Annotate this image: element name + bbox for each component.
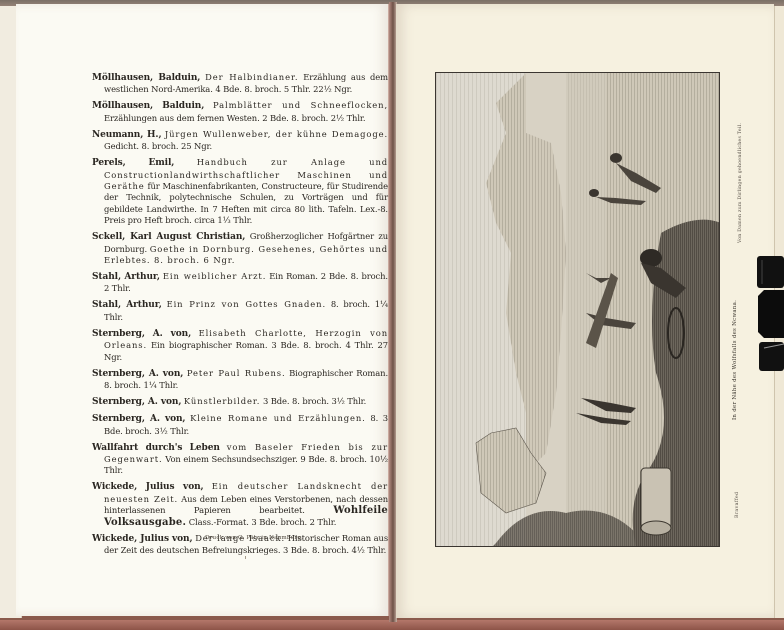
engraving-illustration	[435, 72, 720, 547]
catalog-entry: Stahl, Arthur, Ein weiblicher Arzt. Ein …	[92, 271, 388, 295]
catalog-entry: Sternberg, A. von, Peter Paul Rubens. Bi…	[92, 368, 388, 392]
entry-details-after: Class.-Format. 3 Bde. broch. 2 Thlr.	[189, 517, 337, 527]
illustration-artist: Bravaffed	[735, 492, 740, 518]
entry-author: Sternberg, A. von,	[92, 397, 181, 407]
entry-author: Möllhausen, Balduin,	[92, 101, 204, 111]
illustration-caption: In der Nähe des Wolfsfalls des Ncwana.	[732, 300, 738, 420]
entry-author: Möllhausen, Balduin,	[92, 73, 200, 83]
catalog-entry: Perels, Emil, Handbuch zur Anlage und Co…	[92, 157, 388, 226]
entry-details: Gedicht. 8. broch. 25 Ngr.	[104, 141, 212, 151]
catalog-entry: Möllhausen, Balduin, Der Halbindianer. E…	[92, 72, 388, 96]
entry-author: Perels, Emil,	[92, 158, 174, 168]
entry-title: Kleine Romane und Erzählungen.	[190, 413, 366, 423]
catalog-entry: Wickede, Julius von, Ein deutscher Lands…	[92, 481, 388, 528]
catalog-entry: Sternberg, A. von, Kleine Romane und Erz…	[92, 413, 388, 437]
entry-author: Stahl, Arthur,	[92, 272, 160, 282]
entry-author: Sternberg, A. von,	[92, 329, 191, 339]
entry-details: für Maschinenfabrikanten, Constructeure,…	[104, 181, 388, 225]
entry-title: Peter Paul Rubens.	[187, 368, 286, 378]
catalog-list: Möllhausen, Balduin, Der Halbindianer. E…	[92, 72, 388, 561]
entry-details: Erzählungen aus dem fernen Westen. 2 Bde…	[104, 113, 365, 123]
entry-title: Jürgen Wullenweber, der kühne Demagoge.	[165, 129, 388, 139]
catalog-entry: Neumann, H., Jürgen Wullenweber, der küh…	[92, 129, 388, 153]
entry-title: Ein Prinz von Gottes Gnaden.	[167, 299, 326, 309]
entry-author: Neumann, H.,	[92, 130, 162, 140]
catalog-entry: Sternberg, A. von, Elisabeth Charlotte, …	[92, 328, 388, 363]
entry-author: Sckell, Karl August Christian,	[92, 232, 245, 242]
entry-details: 3 Bde. 8. broch. 3½ Thlr.	[263, 396, 366, 406]
entry-title: Palmblätter und Schneeflocken,	[213, 100, 388, 110]
entry-author: Wickede, Julius von,	[92, 482, 204, 492]
entry-author: Stahl, Arthur,	[92, 300, 162, 310]
entry-title: Künstlerbilder.	[184, 396, 260, 406]
entry-author: Wickede, Julius von,	[92, 534, 193, 544]
catalog-entry: Sternberg, A. von, Künstlerbilder. 3 Bde…	[92, 396, 388, 408]
entry-details: Goethe in Dornburg. Gesehenes, Gehörtes …	[104, 244, 388, 265]
catalog-entry: Wallfahrt durch's Leben vom Baseler Frie…	[92, 442, 388, 477]
catalog-entry: Möllhausen, Balduin, Palmblätter und Sch…	[92, 100, 388, 124]
binder-clip-icon	[754, 256, 784, 371]
entry-details: Ein biographischer Roman. 3 Bde. 8. broc…	[104, 340, 388, 361]
entry-author: Wallfahrt durch's Leben	[92, 443, 220, 453]
printer-imprint: Druck von G. Pätz in Naumburg.	[205, 535, 303, 541]
catalog-entry: Sckell, Karl August Christian, Großherzo…	[92, 231, 388, 266]
catalog-entry: Stahl, Arthur, Ein Prinz von Gottes Gnad…	[92, 299, 388, 323]
entry-title: Der Halbindianer.	[205, 72, 298, 82]
landscape-engraving-icon	[436, 73, 720, 547]
page-mark	[245, 556, 246, 559]
entry-author: Sternberg, A. von,	[92, 369, 183, 379]
entry-title: Ein weiblicher Arzt.	[163, 271, 266, 281]
illustration-credit: Von Damen zum Dirlingen gehoendliches Te…	[738, 123, 743, 243]
entry-author: Sternberg, A. von,	[92, 414, 185, 424]
